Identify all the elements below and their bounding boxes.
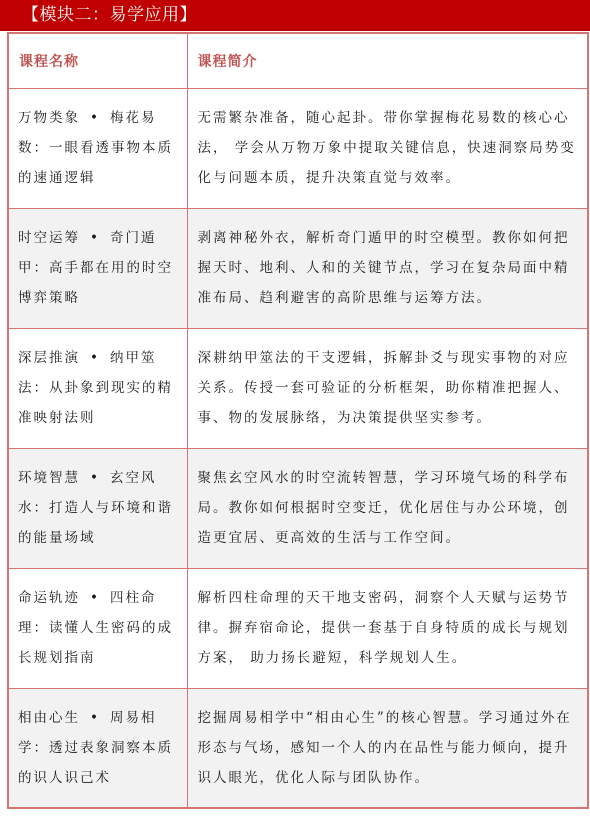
course-name-cell: 环境智慧•玄空风水：打造人与环境和谐的能量场域 — [8, 448, 187, 568]
course-name-main: 万物类象 — [18, 110, 80, 126]
course-name-main: 环境智慧 — [18, 470, 80, 486]
course-name-rest: ：读懂人生密码的成长规划指南 — [18, 620, 173, 666]
course-description: 挖掘周易相学中“相由心生”的核心智慧。学习通过外在形态与气场，感知一个人的内在品… — [187, 688, 588, 808]
course-name-cell: 命运轨迹•四柱命理：读懂人生密码的成长规划指南 — [8, 568, 187, 688]
course-name-main: 命运轨迹 — [18, 590, 80, 606]
course-name-rest: ：透过表象洞察本质的识人识己术 — [18, 740, 173, 786]
course-name-cell: 相由心生•周易相学：透过表象洞察本质的识人识己术 — [8, 688, 187, 808]
course-description: 无需繁杂准备，随心起卦。带你掌握梅花易数的核心心法， 学会从万物万象中提取关键信… — [187, 88, 588, 208]
table-row: 万物类象•梅花易数：一眼看透事物本质的速通逻辑 无需繁杂准备，随心起卦。带你掌握… — [8, 88, 588, 208]
course-name-rest: ：高手都在用的时空博弈策略 — [18, 260, 173, 306]
column-header-course-intro: 课程简介 — [187, 33, 588, 88]
table-row: 命运轨迹•四柱命理：读懂人生密码的成长规划指南 解析四柱命理的天干地支密码，洞察… — [8, 568, 588, 688]
bullet-separator-icon: • — [90, 583, 100, 613]
course-table: 课程名称 课程简介 万物类象•梅花易数：一眼看透事物本质的速通逻辑 无需繁杂准备… — [7, 32, 589, 809]
table-header-row: 课程名称 课程简介 — [8, 33, 588, 88]
module-title-bar: 【模块二：易学应用】 — [0, 0, 590, 31]
table-row: 时空运筹•奇门遁甲：高手都在用的时空博弈策略 剥离神秘外衣，解析奇门遁甲的时空模… — [8, 208, 588, 328]
course-name-rest: ：从卦象到现实的精准映射法则 — [18, 380, 173, 426]
bullet-separator-icon: • — [90, 223, 100, 253]
course-description: 剥离神秘外衣，解析奇门遁甲的时空模型。教你如何把握天时、地利、人和的关键节点，学… — [187, 208, 588, 328]
course-description: 聚焦玄空风水的时空流转智慧，学习环境气场的科学布局。教你如何根据时空变迁，优化居… — [187, 448, 588, 568]
course-name-main: 时空运筹 — [18, 230, 80, 246]
bullet-separator-icon: • — [90, 703, 100, 733]
course-name-cell: 深层推演•纳甲筮法：从卦象到现实的精准映射法则 — [8, 328, 187, 448]
course-name-rest: ：一眼看透事物本质的速通逻辑 — [18, 140, 173, 186]
table-row: 深层推演•纳甲筮法：从卦象到现实的精准映射法则 深耕纳甲筮法的干支逻辑，拆解卦爻… — [8, 328, 588, 448]
course-name-cell: 时空运筹•奇门遁甲：高手都在用的时空博弈策略 — [8, 208, 187, 328]
course-description: 深耕纳甲筮法的干支逻辑，拆解卦爻与现实事物的对应关系。传授一套可验证的分析框架，… — [187, 328, 588, 448]
bullet-separator-icon: • — [90, 103, 100, 133]
table-row: 环境智慧•玄空风水：打造人与环境和谐的能量场域 聚焦玄空风水的时空流转智慧，学习… — [8, 448, 588, 568]
bullet-separator-icon: • — [90, 343, 100, 373]
table-row: 相由心生•周易相学：透过表象洞察本质的识人识己术 挖掘周易相学中“相由心生”的核… — [8, 688, 588, 808]
module-title: 【模块二：易学应用】 — [22, 5, 197, 25]
course-description: 解析四柱命理的天干地支密码，洞察个人天赋与运势节律。摒弃宿命论，提供一套基于自身… — [187, 568, 588, 688]
bullet-separator-icon: • — [90, 463, 100, 493]
course-name-main: 相由心生 — [18, 710, 80, 726]
column-header-course-name: 课程名称 — [8, 33, 187, 88]
course-name-main: 深层推演 — [18, 350, 80, 366]
course-name-cell: 万物类象•梅花易数：一眼看透事物本质的速通逻辑 — [8, 88, 187, 208]
course-name-rest: ：打造人与环境和谐的能量场域 — [18, 500, 173, 546]
